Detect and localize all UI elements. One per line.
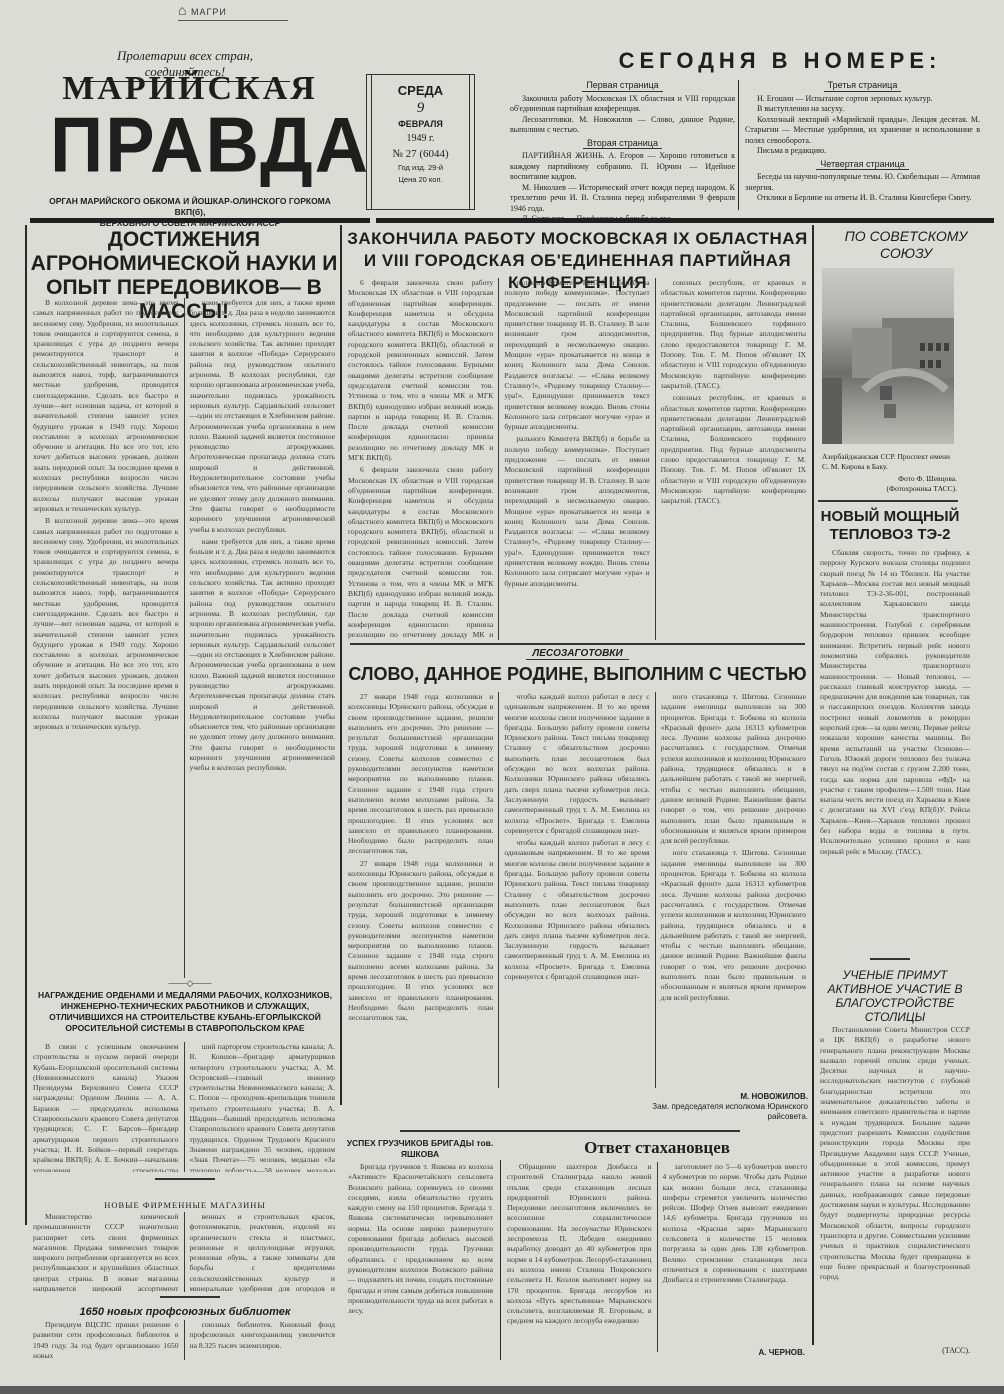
article-text: Обращение шахтеров Донбасса и строителей… <box>507 1162 652 1327</box>
article-scientists: Постановление Совета Министров СССР и ЦК… <box>815 1025 975 1345</box>
month: ФЕВРАЛЯ <box>372 119 469 129</box>
headline-stakhanov: Ответ стахановцев <box>502 1138 812 1158</box>
article-text: рального Комитета ВКП(б) и борьбе за пол… <box>504 278 649 432</box>
article-text: Бригада грузчиков т. Яшкова из колхоза «… <box>348 1162 493 1316</box>
stamp-text: МАГРИ <box>191 7 227 17</box>
article-column: чтобы каждый колхоз работал в лесу с оди… <box>498 692 654 1088</box>
headline-forest: СЛОВО, ДАННОЕ РОДИНЕ, ВЫПОЛНИМ С ЧЕСТЬЮ <box>345 664 810 685</box>
section-rule <box>350 643 805 645</box>
today-page-label: Первая страница <box>582 80 662 92</box>
article-text: Президиум ВЦСПС принял решение о развити… <box>33 1320 179 1360</box>
article-text: рального Комитета ВКП(б) и борьбе за пол… <box>504 434 649 588</box>
today-title: СЕГОДНЯ В НОМЕРЕ: <box>600 48 960 74</box>
weekday: СРЕДА <box>372 83 469 98</box>
article-stakhanov: Обращение шахтеров Донбасса и строителей… <box>502 1162 812 1352</box>
article-forest: 27 января 1948 года колхозники и колхозн… <box>343 692 811 1088</box>
article-column: Постановление Совета Министров СССР и ЦК… <box>815 1025 975 1345</box>
article-column: Министерство химической промышленности С… <box>28 1212 184 1292</box>
today-item: В выступлении на засуху. <box>745 104 980 115</box>
headline-loaders: УСПЕХ ГРУЗЧИКОВ БРИГАДЫ тов. ЯШКОВА <box>345 1138 495 1160</box>
organ-line1: ОРГАН МАРИЙСКОГО ОБКОМА И ЙОШКАР-ОЛИНСКО… <box>40 196 340 218</box>
article-text: В колхозной деревне зима—это время самых… <box>33 516 179 732</box>
today-col-right: Третья страница Н. Егошин — Испытание со… <box>745 78 980 204</box>
article-locomotive: Сбавляя скорость, точно по графику, к пе… <box>815 548 975 948</box>
article-shops: Министерство химической промышленности С… <box>28 1212 340 1292</box>
article-text: ного стахановца т. Шитова. Сезонные зада… <box>661 848 806 1002</box>
divider <box>155 1178 215 1180</box>
divider-ornament: ——◇—— <box>160 978 220 989</box>
divider <box>160 1296 220 1298</box>
header-rule <box>376 218 994 223</box>
article-text: венных и строительных красок, фотохимика… <box>190 1212 336 1292</box>
stakhanov-signature: А. ЧЕРНОВ. <box>700 1348 805 1357</box>
section-rule <box>400 1130 740 1132</box>
photo-baku-prospect <box>822 268 954 444</box>
today-item: Закончила работу Московская IX областная… <box>510 94 735 115</box>
article-column: Бригада грузчиков т. Яшкова из колхоза «… <box>343 1162 498 1362</box>
today-divider <box>738 80 739 210</box>
today-item: Колхозный лекторий «Марийской правды». Л… <box>745 115 980 147</box>
header-rule <box>30 218 370 223</box>
article-column: венных и строительных красок, фотохимика… <box>184 1212 341 1292</box>
today-item: Письма в редакцию. <box>745 146 980 157</box>
article-column: союзных библиотек. Книжный фонд профсоюз… <box>184 1320 341 1360</box>
today-page-label: Четвертая страница <box>816 159 909 171</box>
price: Цена 20 коп. <box>372 175 469 184</box>
page-border <box>25 225 27 1225</box>
article-agro: В колхозной деревне зима—это время самых… <box>28 298 340 978</box>
article-text: союзных библиотек. Книжный фонд профсоюз… <box>190 1320 336 1351</box>
article-awards: В связи с успешным окончанием строительс… <box>28 1042 340 1172</box>
article-column: ший парторгом строительства канала; А. В… <box>184 1042 341 1172</box>
today-page-label: Вторая страница <box>583 138 662 150</box>
article-column: союзных республик, от краевых и областны… <box>655 278 811 640</box>
section-rule <box>818 500 958 502</box>
article-text: нами требуется для них, а также время бо… <box>190 537 336 774</box>
scientists-source: (ТАСС). <box>920 1346 970 1355</box>
article-column: ного стахановца т. Шитова. Сезонные зада… <box>655 692 811 1088</box>
publication-year: Год изд. 29-й <box>372 163 469 172</box>
article-text: ного стахановца т. Шитова. Сезонные зада… <box>661 692 806 846</box>
article-text: В колхозной деревне зима—это время самых… <box>33 298 179 514</box>
article-column: Сбавляя скорость, точно по графику, к пе… <box>815 548 975 948</box>
masthead-title-line2: ПРАВДА <box>50 106 325 184</box>
issue-number: № 27 (6044) <box>372 148 469 160</box>
article-text: Постановление Совета Министров СССР и ЦК… <box>820 1025 970 1282</box>
article-text: Сбавляя скорость, точно по графику, к пе… <box>820 548 970 857</box>
newspaper-page: ⌂ МАГРИ Пролетарии всех стран, соединяйт… <box>0 0 1004 1386</box>
today-item: Н. Егошин — Испытание сортов зерновых ку… <box>745 94 980 105</box>
headline-locomotive: НОВЫЙ МОЩНЫЙ ТЕПЛОВОЗ ТЭ-2 <box>815 508 965 544</box>
headline-scientists: УЧЕНЫЕ ПРИМУТ АКТИВНОЕ УЧАСТИЕ В БЛАГОУС… <box>815 968 975 1024</box>
column-divider <box>500 1160 501 1360</box>
article-column: 6 февраля закончила свою работу Московск… <box>343 278 498 640</box>
article-text: ший парторгом строительства канала; А. В… <box>190 1042 336 1172</box>
headline-libraries: 1650 новых профсоюзных библиотек <box>60 1306 310 1318</box>
article-column: 27 января 1948 года колхозники и колхозн… <box>343 692 498 1088</box>
article-text: союзных республик, от краевых и областны… <box>661 278 806 391</box>
article-column: В колхозной деревне зима—это время самых… <box>28 298 184 978</box>
headline-shops: НОВЫЕ ФИРМЕННЫЕ МАГАЗИНЫ <box>30 1200 340 1210</box>
article-moscow: 6 февраля закончила свою работу Московск… <box>343 278 811 640</box>
article-column: Обращение шахтеров Донбасса и строителей… <box>502 1162 657 1352</box>
today-item: Отклики в Берлине на ответы И. В. Сталин… <box>745 193 980 204</box>
rubric-soviet-union: ПО СОВЕТСКОМУ СОЮЗУ <box>818 228 994 262</box>
date-box: СРЕДА 9 ФЕВРАЛЯ 1949 г. № 27 (6044) Год … <box>366 74 475 210</box>
today-item: Лесозаготовки. М. Новожилов — Слово, дан… <box>510 115 735 136</box>
article-text: союзных республик, от краевых и областны… <box>661 393 806 506</box>
article-text: Министерство химической промышленности С… <box>33 1212 179 1292</box>
article-column: нами требуется для них, а также время бо… <box>184 298 341 978</box>
article-text: чтобы каждый колхоз работал в лесу с оди… <box>504 692 649 836</box>
article-text: чтобы каждый колхоз работал в лесу с оди… <box>504 838 649 982</box>
rubric-forest: ЛЕСОЗАГОТОВКИ <box>345 648 810 659</box>
masthead-organ: ОРГАН МАРИЙСКОГО ОБКОМА И ЙОШКАР-ОЛИНСКО… <box>40 196 340 229</box>
article-text: 6 февраля закончила свою работу Московск… <box>348 465 493 640</box>
column-divider <box>812 225 814 1345</box>
article-text: 6 февраля закончила свою работу Московск… <box>348 278 493 463</box>
article-column: Президиум ВЦСПС принял решение о развити… <box>28 1320 184 1360</box>
article-libraries: Президиум ВЦСПС принял решение о развити… <box>28 1320 340 1360</box>
article-text: нами требуется для них, а также время бо… <box>190 298 336 535</box>
today-col-left: Первая страница Закончила работу Московс… <box>510 78 735 225</box>
day: 9 <box>372 100 469 117</box>
headline-awards: НАГРАЖДЕНИЕ ОРДЕНАМИ И МЕДАЛЯМИ РАБОЧИХ,… <box>30 990 340 1034</box>
signature-title: Зам. председателя исполкома Юринского ра… <box>640 1102 808 1122</box>
article-text: заготовляет по 5—6 кубометров вместо 4 к… <box>663 1162 808 1286</box>
signature-name: М. НОВОЖИЛОВ. <box>640 1092 808 1102</box>
year: 1949 г. <box>372 133 469 144</box>
archive-stamp: ⌂ МАГРИ <box>178 2 308 24</box>
forest-signature: М. НОВОЖИЛОВ. Зам. председателя исполком… <box>640 1092 808 1122</box>
rubric-text: ЛЕСОЗАГОТОВКИ <box>526 648 628 660</box>
photo-credit: Фото Ф. Шевцова. (Фотохроника ТАСС). <box>822 474 957 494</box>
photo-credit-line: (Фотохроника ТАСС). <box>822 484 957 494</box>
article-text: 27 января 1948 года колхозники и колхозн… <box>348 859 493 1024</box>
today-item: Беседы на научно-популярные темы. Ю. Ско… <box>745 172 980 193</box>
article-column: рального Комитета ВКП(б) и борьбе за пол… <box>498 278 654 640</box>
article-loaders: Бригада грузчиков т. Яшкова из колхоза «… <box>343 1162 498 1362</box>
article-column: В связи с успешным окончанием строительс… <box>28 1042 184 1172</box>
photo-caption: Азербайджанская ССР. Проспект имени С. М… <box>822 452 957 472</box>
today-item: М. Николаев — Исторический отчет вождя п… <box>510 183 735 215</box>
article-text: В связи с успешным окончанием строительс… <box>33 1042 179 1172</box>
article-text: 27 января 1948 года колхозники и колхозн… <box>348 692 493 857</box>
divider <box>870 958 910 960</box>
article-column: заготовляет по 5—6 кубометров вместо 4 к… <box>657 1162 813 1352</box>
today-page-label: Третья страница <box>824 80 902 92</box>
column-divider <box>340 225 342 1105</box>
photo-credit-line: Фото Ф. Шевцова. <box>822 474 957 484</box>
today-item: ПАРТИЙНАЯ ЖИЗНЬ. А. Егоров — Хорошо гото… <box>510 151 735 183</box>
